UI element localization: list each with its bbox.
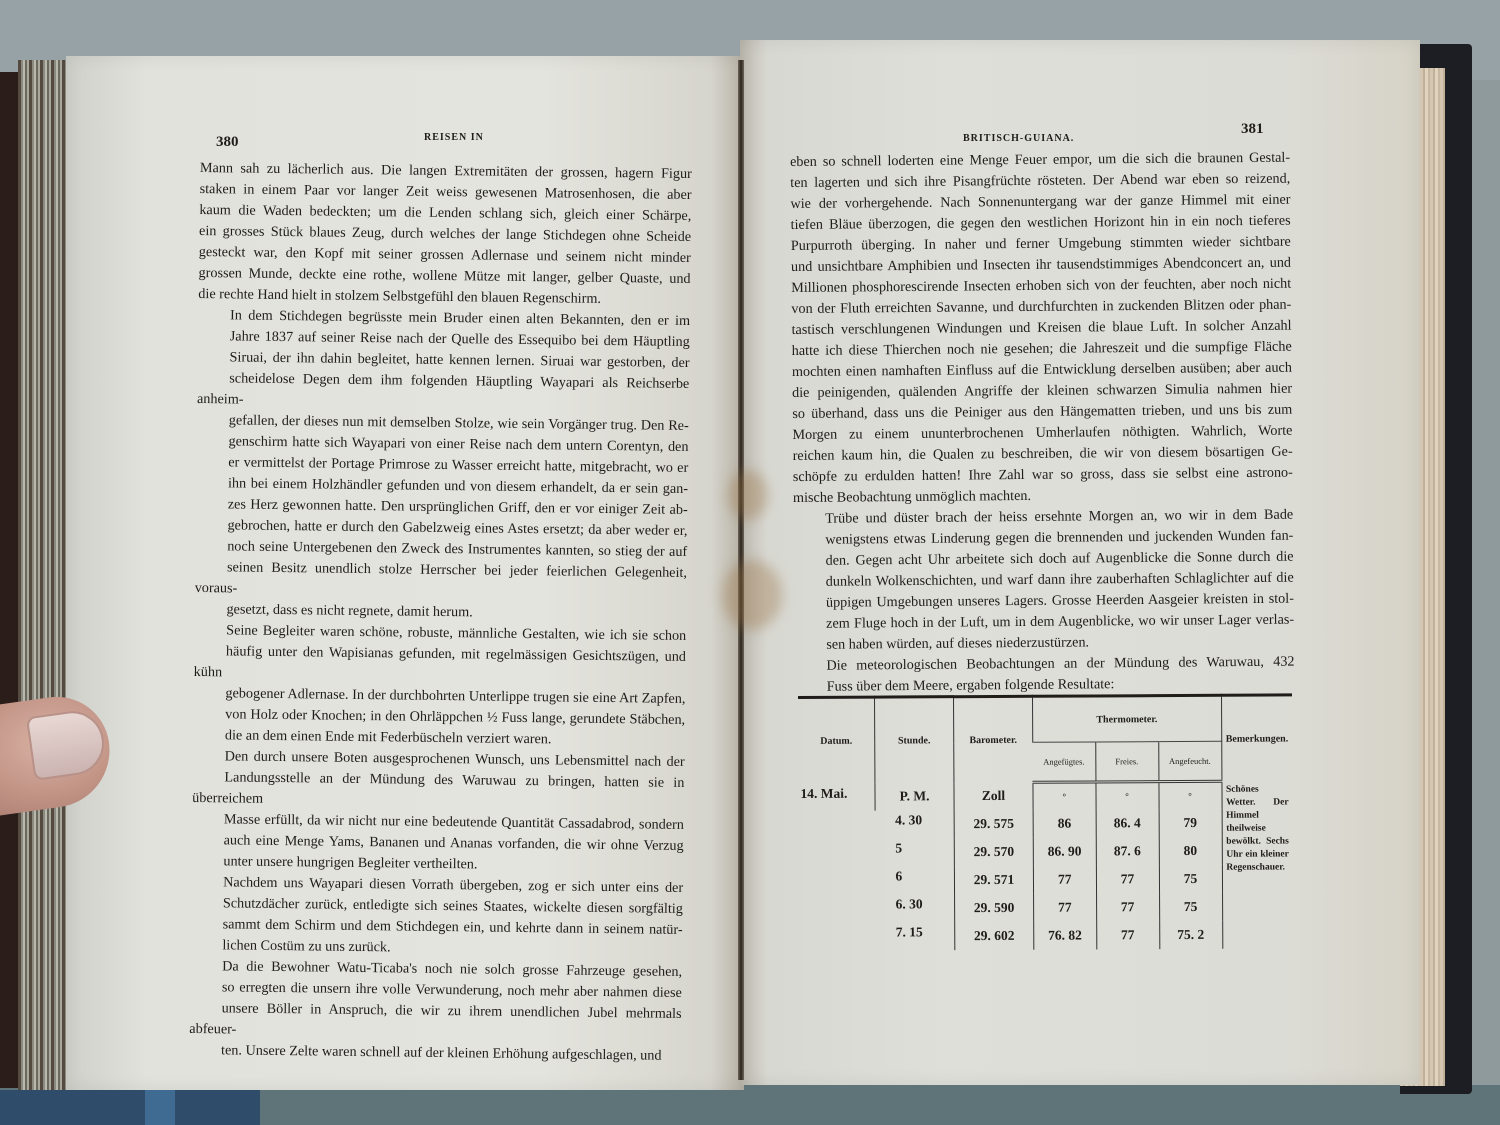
- cell-freies: 87. 6: [1096, 837, 1159, 865]
- col-header-barometer: Barometer.: [954, 696, 1033, 782]
- cell-barometer: 29. 570: [954, 838, 1033, 866]
- paragraph: Die meteorologischen Beobachtungen an de…: [794, 652, 1294, 698]
- text-line: seinen Besitz unendlich stolze Herrscher…: [195, 557, 687, 605]
- col-header-angefeucht: Angefeucht.: [1158, 741, 1221, 781]
- paragraph: Nachdem uns Wayapari diesen Vorrath über…: [190, 872, 683, 962]
- cell-angefeucht: 80: [1159, 837, 1222, 865]
- cell-degree-unit: °: [1033, 782, 1096, 810]
- text-line: häufig unter den Wapisianas gefunden, mi…: [194, 641, 686, 689]
- col-header-stunde: Stunde.: [875, 697, 954, 783]
- cell-stunde: 4. 30: [875, 810, 954, 838]
- cell-barometer: 29. 602: [955, 922, 1034, 950]
- cell-barometer-unit: Zoll: [954, 782, 1033, 810]
- paragraph: Trübe und düster brach der heiss ersehnt…: [793, 505, 1294, 656]
- meteorological-table: Datum. Stunde. Barometer. Thermometer. B…: [798, 693, 1293, 951]
- table-row-units: 14. Mai. P. M. Zoll ° ° ° Schönes Wetter…: [798, 781, 1292, 811]
- paragraph: Seine Begleiter waren schöne, robuste, m…: [193, 620, 687, 752]
- right-page-body: eben so schnell loderten eine Menge Feue…: [790, 148, 1295, 698]
- text-line: Die meteorologischen Beobachtungen an de…: [794, 652, 1294, 677]
- col-header-datum: Datum.: [798, 697, 875, 783]
- blue-object-highlight: [145, 1090, 175, 1125]
- text-line: zem Fluge hoch in der Luft, um in dem Au…: [794, 610, 1294, 635]
- cell-freies: 77: [1096, 921, 1159, 949]
- paragraph: Mann sah zu lächerlich aus. Die langen E…: [198, 158, 692, 311]
- cell-stunde: 7. 15: [876, 922, 955, 950]
- cell-angefeucht: 79: [1159, 809, 1222, 837]
- water-stain: [728, 470, 768, 520]
- page-number-right: 381: [1241, 121, 1264, 138]
- running-head-right: BRITISCH-GUIANA.: [963, 133, 1074, 144]
- cell-barometer: 29. 571: [954, 866, 1033, 894]
- cell-angefuegtes: 86: [1033, 809, 1096, 837]
- cell-degree-unit: °: [1095, 782, 1158, 810]
- col-header-freies: Freies.: [1095, 742, 1158, 782]
- cell-stunde-unit: P. M.: [875, 783, 954, 811]
- cell-angefuegtes: 76. 82: [1034, 921, 1097, 949]
- cell-stunde: 6. 30: [876, 894, 955, 922]
- cell-barometer: 29. 575: [954, 810, 1033, 838]
- cell-freies: 77: [1096, 893, 1159, 921]
- page-number-left: 380: [216, 134, 239, 151]
- water-stain: [722, 560, 782, 630]
- paragraph: Da die Bewohner Watu-Ticaba's noch nie s…: [189, 956, 682, 1067]
- cell-angefeucht: 75: [1159, 865, 1222, 893]
- paragraph: In dem Stichdegen begrüsste mein Bruder …: [194, 305, 690, 626]
- col-header-thermometer: Thermometer.: [1033, 695, 1222, 742]
- left-page-body: Mann sah zu lächerlich aus. Die langen E…: [189, 158, 692, 1067]
- cell-datum: 14. Mai.: [798, 783, 875, 951]
- paragraph: Den durch unsere Boten ausgesprochenen W…: [191, 746, 685, 878]
- col-header-angefuegtes: Angefügtes.: [1033, 742, 1096, 782]
- blue-object: [0, 1090, 260, 1125]
- paragraph: eben so schnell loderten eine Menge Feue…: [790, 148, 1293, 509]
- cell-freies: 86. 4: [1096, 809, 1159, 837]
- cell-barometer: 29. 590: [955, 894, 1034, 922]
- text-line: Landungsstelle an der Mündung des Waruwa…: [192, 767, 684, 815]
- col-header-bemerkungen: Bemerkungen.: [1221, 695, 1292, 781]
- cell-angefeucht: 75: [1159, 893, 1222, 921]
- cell-angefuegtes: 77: [1034, 893, 1097, 921]
- running-head-left: REISEN IN: [424, 132, 484, 143]
- cell-angefeucht: 75. 2: [1159, 921, 1222, 949]
- cell-stunde: 6: [875, 866, 954, 894]
- cell-angefuegtes: 77: [1033, 865, 1096, 893]
- cell-remarks: Schönes Wetter. Der Himmel theilweise be…: [1221, 781, 1293, 949]
- cell-angefuegtes: 86. 90: [1033, 837, 1096, 865]
- text-line: unsere Böller in Anspruch, die wir zu ih…: [189, 998, 681, 1046]
- cell-freies: 77: [1096, 865, 1159, 893]
- cell-stunde: 5: [875, 838, 954, 866]
- text-line: scheidelose Degen dem ihm folgenden Häup…: [197, 368, 689, 416]
- cell-degree-unit: °: [1158, 781, 1221, 809]
- text-line: schöpfe zu erdulden hatten! Ihre Zahl wa…: [793, 463, 1293, 488]
